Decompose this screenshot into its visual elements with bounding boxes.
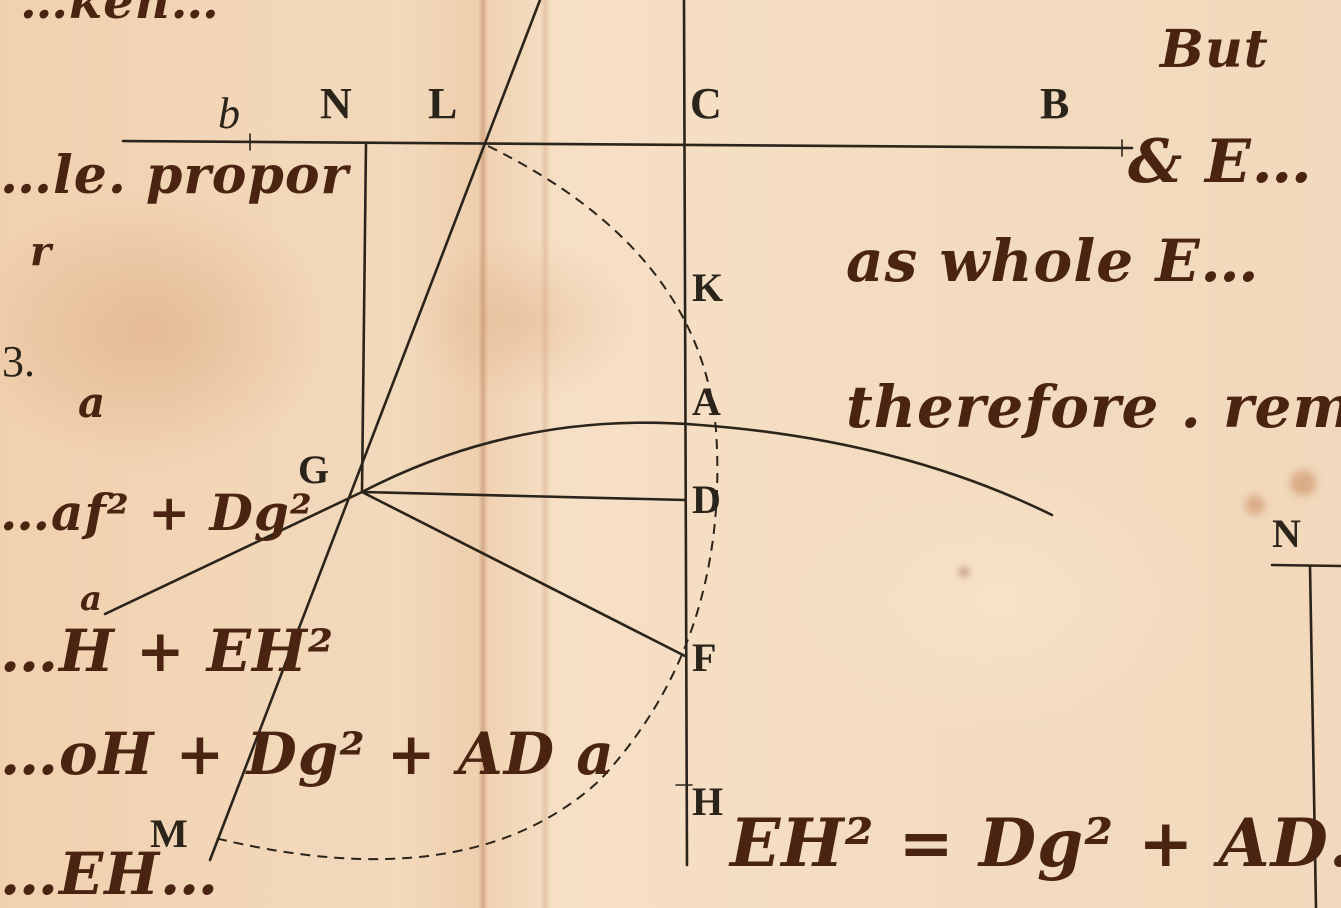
handwriting-as-whole: as whole E… bbox=[846, 232, 1260, 290]
label-N-right: N bbox=[1272, 514, 1301, 554]
handwriting-top-fragment: …ken… bbox=[20, 0, 220, 26]
line-N-G bbox=[362, 143, 366, 492]
handwriting-sum1: …af² + Dg² bbox=[0, 488, 313, 538]
handwriting-bottom-left: …EH… bbox=[0, 845, 219, 903]
handwriting-r: r bbox=[30, 232, 52, 272]
label-N: N bbox=[320, 82, 352, 126]
label-b: b bbox=[218, 92, 240, 136]
handwriting-proportion: …le. propor bbox=[0, 150, 349, 202]
handwriting-bottom-equation: EH² = Dg² + AD… bbox=[730, 810, 1341, 876]
handwriting-therefore: therefore . rem… bbox=[846, 378, 1341, 436]
handwriting-sum2: …H + EH² bbox=[0, 622, 334, 680]
label-K: K bbox=[692, 268, 723, 308]
line-G-D bbox=[362, 492, 685, 500]
line-C-H bbox=[684, 0, 687, 865]
handwriting-a2: a bbox=[80, 582, 103, 616]
label-C: C bbox=[690, 82, 722, 126]
line-G-F bbox=[362, 492, 685, 656]
label-A: A bbox=[692, 382, 721, 422]
label-F: F bbox=[692, 638, 716, 678]
figure-number: 3. bbox=[2, 340, 35, 384]
handwriting-sum3: …oH + Dg² + AD a bbox=[0, 725, 615, 783]
handwriting-but: But bbox=[1160, 24, 1269, 76]
handwriting-a: a bbox=[78, 382, 106, 424]
label-D: D bbox=[692, 480, 721, 520]
manuscript-page: b N L C B K A G D F H M N 3. …ken… …le. … bbox=[0, 0, 1341, 908]
line-right-N bbox=[1272, 565, 1341, 566]
label-H: H bbox=[692, 782, 723, 822]
label-L: L bbox=[428, 82, 457, 126]
label-B: B bbox=[1040, 82, 1069, 126]
handwriting-right-line2: & E… bbox=[1128, 132, 1313, 192]
